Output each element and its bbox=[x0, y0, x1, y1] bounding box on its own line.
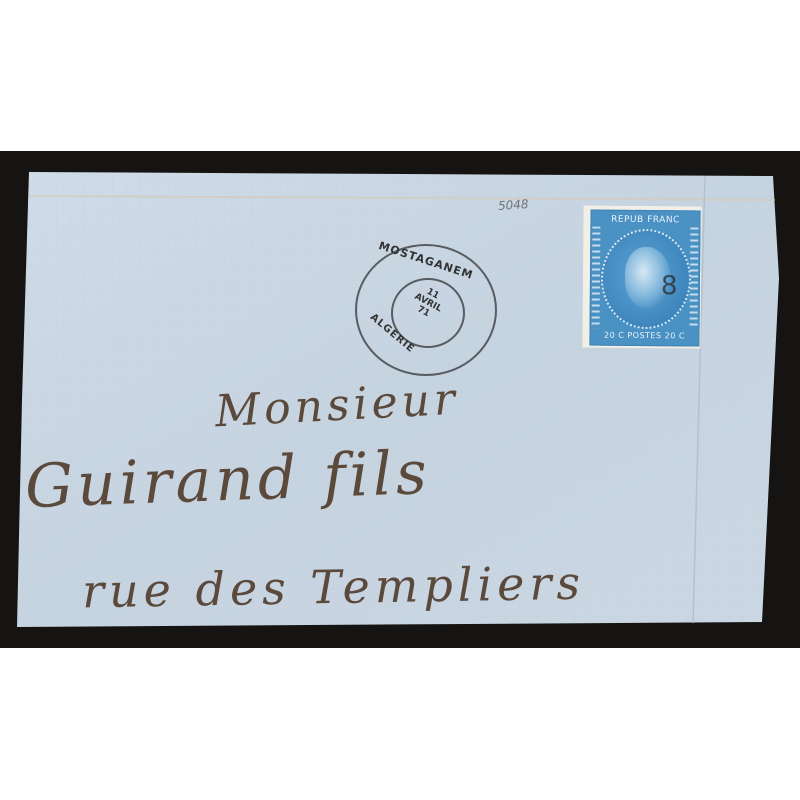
stamp-border-left bbox=[592, 227, 601, 329]
postmark-cancel: MOSTAGANEM 11 AVRIL 71 ALGERIE bbox=[355, 244, 497, 376]
postage-stamp: REPUB FRANC 8 20 C POSTES 20 C bbox=[582, 205, 701, 348]
pencil-notation: 5048 bbox=[498, 197, 529, 213]
envelope-fragment: 5048 MOSTAGANEM 11 AVRIL 71 ALGERIE REPU… bbox=[0, 0, 800, 800]
stamp-top-label: REPUB FRANC bbox=[601, 213, 689, 228]
stamp-value-label: 20 C POSTES 20 C bbox=[600, 329, 688, 344]
address-line-3: rue des Templiers bbox=[82, 556, 586, 619]
numeral-cancel: 8 bbox=[661, 271, 678, 301]
ceres-head-medallion: 8 bbox=[601, 229, 692, 330]
address-line-2: Guirand fils bbox=[24, 438, 432, 522]
stamp-design: REPUB FRANC 8 20 C POSTES 20 C bbox=[589, 210, 700, 347]
